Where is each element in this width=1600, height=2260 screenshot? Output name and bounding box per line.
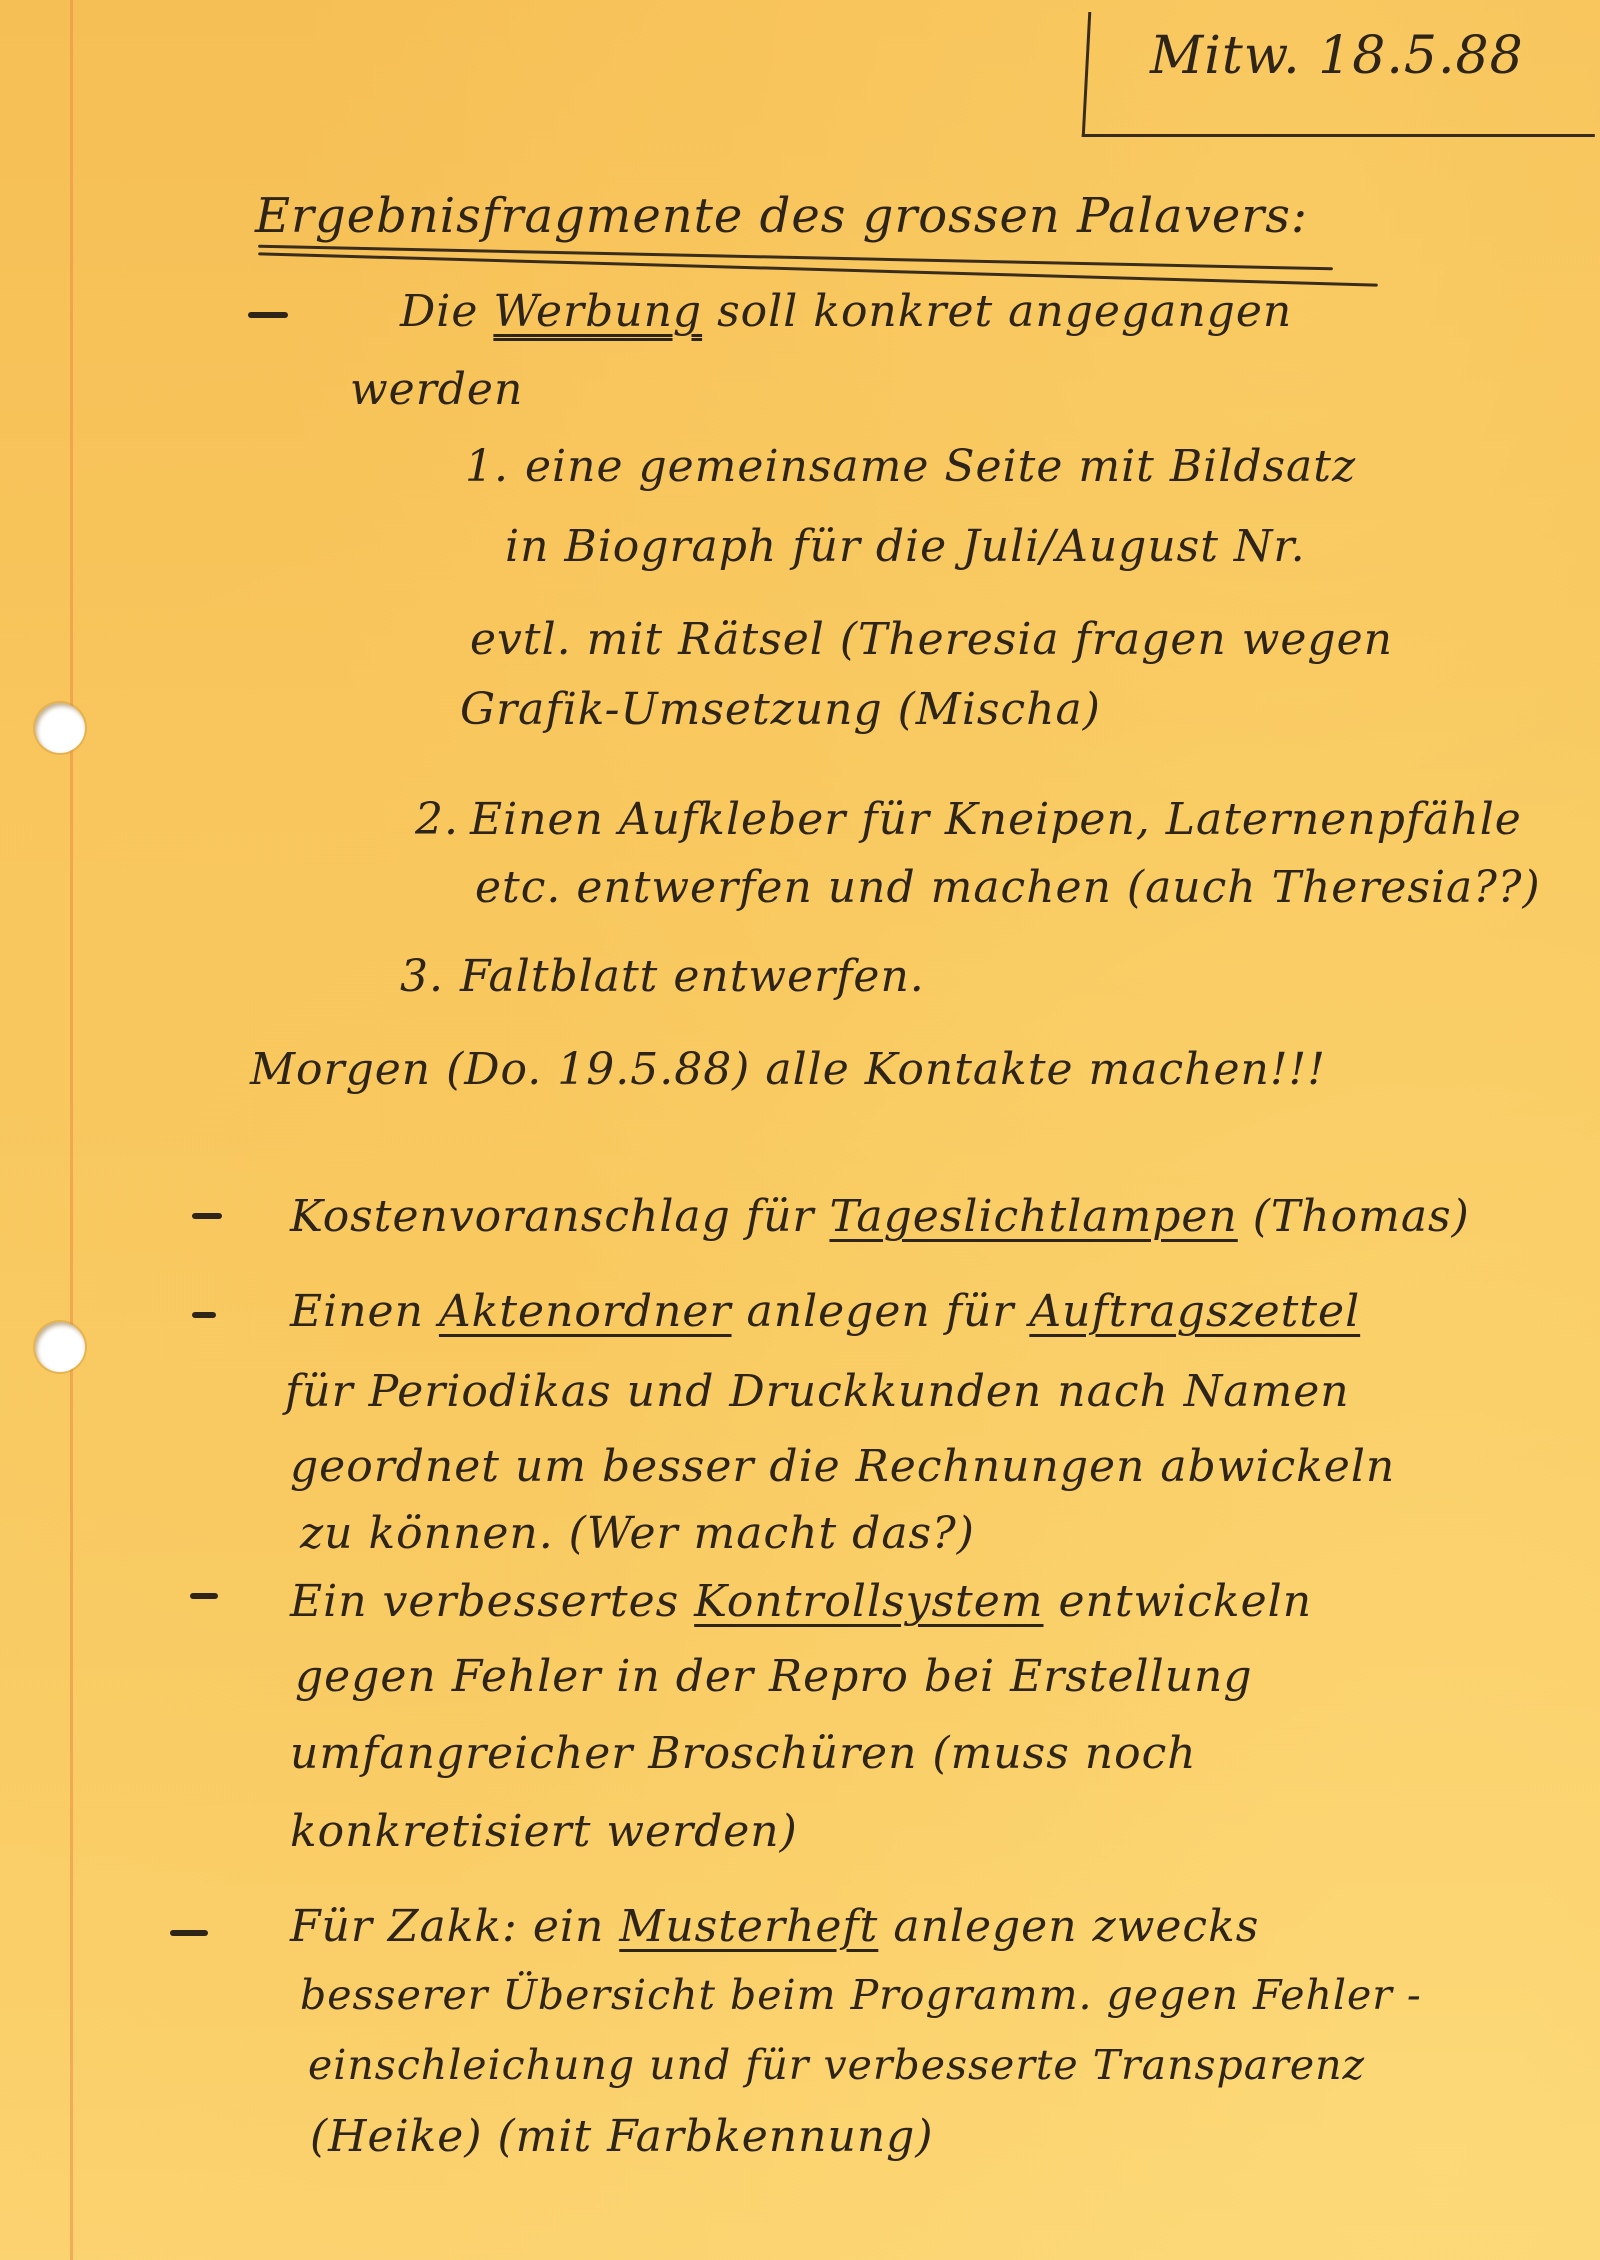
- bullet-4-line-1: Für Zakk: ein Musterheft anlegen zwecks: [290, 1905, 1259, 1949]
- text-segment: anlegen für: [732, 1286, 1030, 1337]
- item-2-line-2: etc. entwerfen und machen (auch Theresia…: [475, 866, 1541, 910]
- bullet-4-line-4: (Heike) (mit Farbkennung): [310, 2115, 934, 2159]
- bullet-4-line-2: besserer Übersicht beim Programm. gegen …: [300, 1975, 1422, 2016]
- bullet-2-line-2: für Periodikas und Druckkunden nach Name…: [285, 1370, 1350, 1414]
- werbung-intro-line-2: werden: [350, 368, 523, 412]
- item-3-number: 3.: [400, 955, 444, 999]
- date-header: Mitw. 18.5.88: [1150, 30, 1524, 82]
- punch-hole-top: [35, 703, 85, 753]
- margin-line: [70, 0, 73, 2260]
- bullet-3-line-2: gegen Fehler in der Repro bei Erstellung: [295, 1655, 1253, 1699]
- bullet-3-line-1: Ein verbessertes Kontrollsystem entwicke…: [290, 1580, 1312, 1624]
- text-segment: anlegen zwecks: [878, 1901, 1259, 1952]
- bullet-4-line-3: einschleichung und für verbesserte Trans…: [308, 2045, 1365, 2086]
- bullet-2-line-4: zu können. (Wer macht das?): [300, 1512, 975, 1556]
- punch-hole-bottom: [35, 1322, 85, 1372]
- bullet-1-line-1: Kostenvoranschlag für Tageslichtlampen (…: [290, 1195, 1470, 1239]
- bullet-dash-icon: [248, 312, 288, 318]
- item-1-line-2: in Biograph für die Juli/August Nr.: [505, 525, 1306, 569]
- bullet-2-line-1: Einen Aktenordner anlegen für Auftragsze…: [290, 1290, 1360, 1334]
- item-1-line-3: evtl. mit Rätsel (Theresia fragen wegen: [470, 618, 1393, 662]
- kontrollsystem-keyword: Kontrollsystem: [694, 1576, 1043, 1627]
- text-segment: Kostenvoranschlag für: [290, 1191, 829, 1242]
- text-segment: Für Zakk: ein: [290, 1901, 619, 1952]
- notebook-page: Mitw. 18.5.88 Ergebnisfragmente des gros…: [0, 0, 1600, 2260]
- aktenordner-keyword: Aktenordner: [439, 1286, 732, 1337]
- bullet-dash-icon: [192, 1213, 222, 1219]
- bullet-dash-icon: [192, 1312, 216, 1318]
- werbung-intro-line-1: Die Werbung soll konkret angegangen: [400, 290, 1292, 334]
- tageslichtlampen-keyword: Tageslichtlampen: [829, 1191, 1237, 1242]
- werbung-keyword: Werbung: [493, 286, 702, 337]
- followup-note: Morgen (Do. 19.5.88) alle Kontakte mache…: [250, 1048, 1326, 1092]
- item-2-line-1: Einen Aufkleber für Kneipen, Laternenpfä…: [470, 798, 1522, 842]
- auftragszettel-keyword: Auftragszettel: [1029, 1286, 1360, 1337]
- bullet-dash-icon: [170, 1930, 208, 1936]
- text-segment: soll konkret angegangen: [702, 286, 1292, 337]
- bullet-dash-icon: [190, 1593, 218, 1599]
- bullet-2-line-3: geordnet um besser die Rechnungen abwick…: [290, 1445, 1395, 1489]
- bullet-3-line-4: konkretisiert werden): [290, 1810, 798, 1854]
- bullet-3-line-3: umfangreicher Broschüren (muss noch: [290, 1732, 1197, 1776]
- item-1-number: 1.: [465, 445, 509, 489]
- text-segment: (Thomas): [1238, 1191, 1470, 1242]
- musterheft-keyword: Musterheft: [619, 1901, 878, 1952]
- text-segment: Ein verbessertes: [290, 1576, 694, 1627]
- page-heading: Ergebnisfragmente des grossen Palavers:: [255, 192, 1308, 240]
- text-segment: entwickeln: [1044, 1576, 1313, 1627]
- item-1-line-4: Grafik-Umsetzung (Mischa): [460, 688, 1101, 732]
- text-segment: Die: [400, 286, 493, 337]
- item-2-number: 2.: [415, 798, 459, 842]
- item-1-line-1: eine gemeinsame Seite mit Bildsatz: [525, 445, 1356, 489]
- text-segment: Einen: [290, 1286, 439, 1337]
- item-3-line-1: Faltblatt entwerfen.: [460, 955, 925, 999]
